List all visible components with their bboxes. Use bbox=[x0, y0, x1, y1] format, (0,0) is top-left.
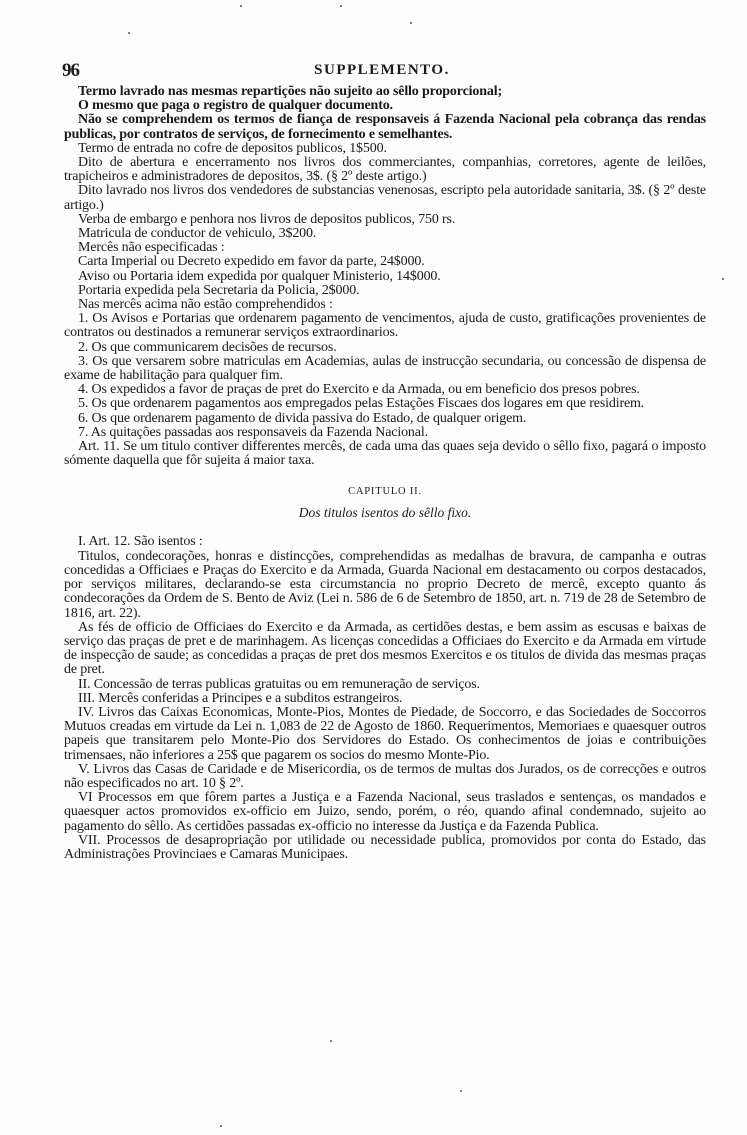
scan-speck bbox=[330, 1040, 332, 1042]
article-paragraph: I. Art. 12. São isentos : bbox=[64, 535, 706, 549]
scan-speck bbox=[340, 5, 342, 7]
paragraph: As fés de officio de Officiaes do Exerci… bbox=[64, 621, 706, 678]
scan-speck bbox=[128, 32, 130, 34]
paragraph: Termo de entrada no cofre de depositos p… bbox=[64, 142, 706, 156]
scan-speck bbox=[240, 5, 242, 7]
paragraph: Dito lavrado nos livros dos vendedores d… bbox=[64, 184, 706, 212]
paragraph: Titulos, condecorações, honras e distinc… bbox=[64, 550, 706, 621]
paragraph: Não se comprehendem os termos de fiança … bbox=[64, 113, 706, 141]
paragraph: Portaria expedida pela Secretaria da Pol… bbox=[64, 284, 706, 298]
list-item: 6. Os que ordenarem pagamento de divida … bbox=[64, 412, 706, 426]
scanned-page: 96 SUPPLEMENTO. Termo lavrado nas mesmas… bbox=[0, 0, 747, 1135]
list-item: II. Concessão de terras publicas gratuit… bbox=[64, 678, 706, 692]
list-item: 2. Os que communicarem decisões de recur… bbox=[64, 341, 706, 355]
list-item: 5. Os que ordenarem pagamentos aos empre… bbox=[64, 397, 706, 411]
paragraph: Dito de abertura e encerramento nos livr… bbox=[64, 156, 706, 184]
paragraph: Verba de embargo e penhora nos livros de… bbox=[64, 213, 706, 227]
list-item: 7. As quitações passadas aos responsavei… bbox=[64, 426, 706, 440]
list-item: IV. Livros das Caixas Economicas, Monte-… bbox=[64, 706, 706, 763]
paragraph: Mercês não especificadas : bbox=[64, 241, 706, 255]
list-item: VI Processos em que fôrem partes a Justi… bbox=[64, 791, 706, 834]
scan-speck bbox=[410, 22, 412, 24]
paragraph: Carta Imperial ou Decreto expedido em fa… bbox=[64, 255, 706, 269]
paragraph: Aviso ou Portaria idem expedida por qual… bbox=[64, 270, 706, 284]
scan-speck bbox=[722, 278, 724, 280]
running-head: SUPPLEMENTO. bbox=[62, 62, 702, 79]
page-header: 96 SUPPLEMENTO. bbox=[62, 60, 702, 82]
paragraph: O mesmo que paga o registro de qualquer … bbox=[64, 99, 706, 113]
list-item: V. Livros das Casas de Caridade e de Mis… bbox=[64, 763, 706, 791]
chapter-title: Dos titulos isentos do sêllo fixo. bbox=[64, 505, 706, 521]
chapter-label: CAPITULO II. bbox=[64, 486, 706, 497]
list-item: 3. Os que versarem sobre matriculas em A… bbox=[64, 355, 706, 383]
paragraph: Termo lavrado nas mesmas repartições não… bbox=[64, 85, 706, 99]
paragraph: Nas mercês acima não estão comprehendido… bbox=[64, 298, 706, 312]
list-item: VII. Processos de desapropriação por uti… bbox=[64, 834, 706, 862]
list-item: 4. Os expedidos a favor de praças de pre… bbox=[64, 383, 706, 397]
scan-speck bbox=[460, 1090, 462, 1092]
paragraph: Matricula de conductor de vehiculo, 3$20… bbox=[64, 227, 706, 241]
list-item: 1. Os Avisos e Portarias que ordenarem p… bbox=[64, 312, 706, 340]
list-item: III. Mercês conferidas a Principes e a s… bbox=[64, 692, 706, 706]
scan-speck bbox=[220, 1125, 222, 1127]
page-body: Termo lavrado nas mesmas repartições não… bbox=[64, 85, 706, 862]
article-paragraph: Art. 11. Se um titulo contiver different… bbox=[64, 440, 706, 468]
